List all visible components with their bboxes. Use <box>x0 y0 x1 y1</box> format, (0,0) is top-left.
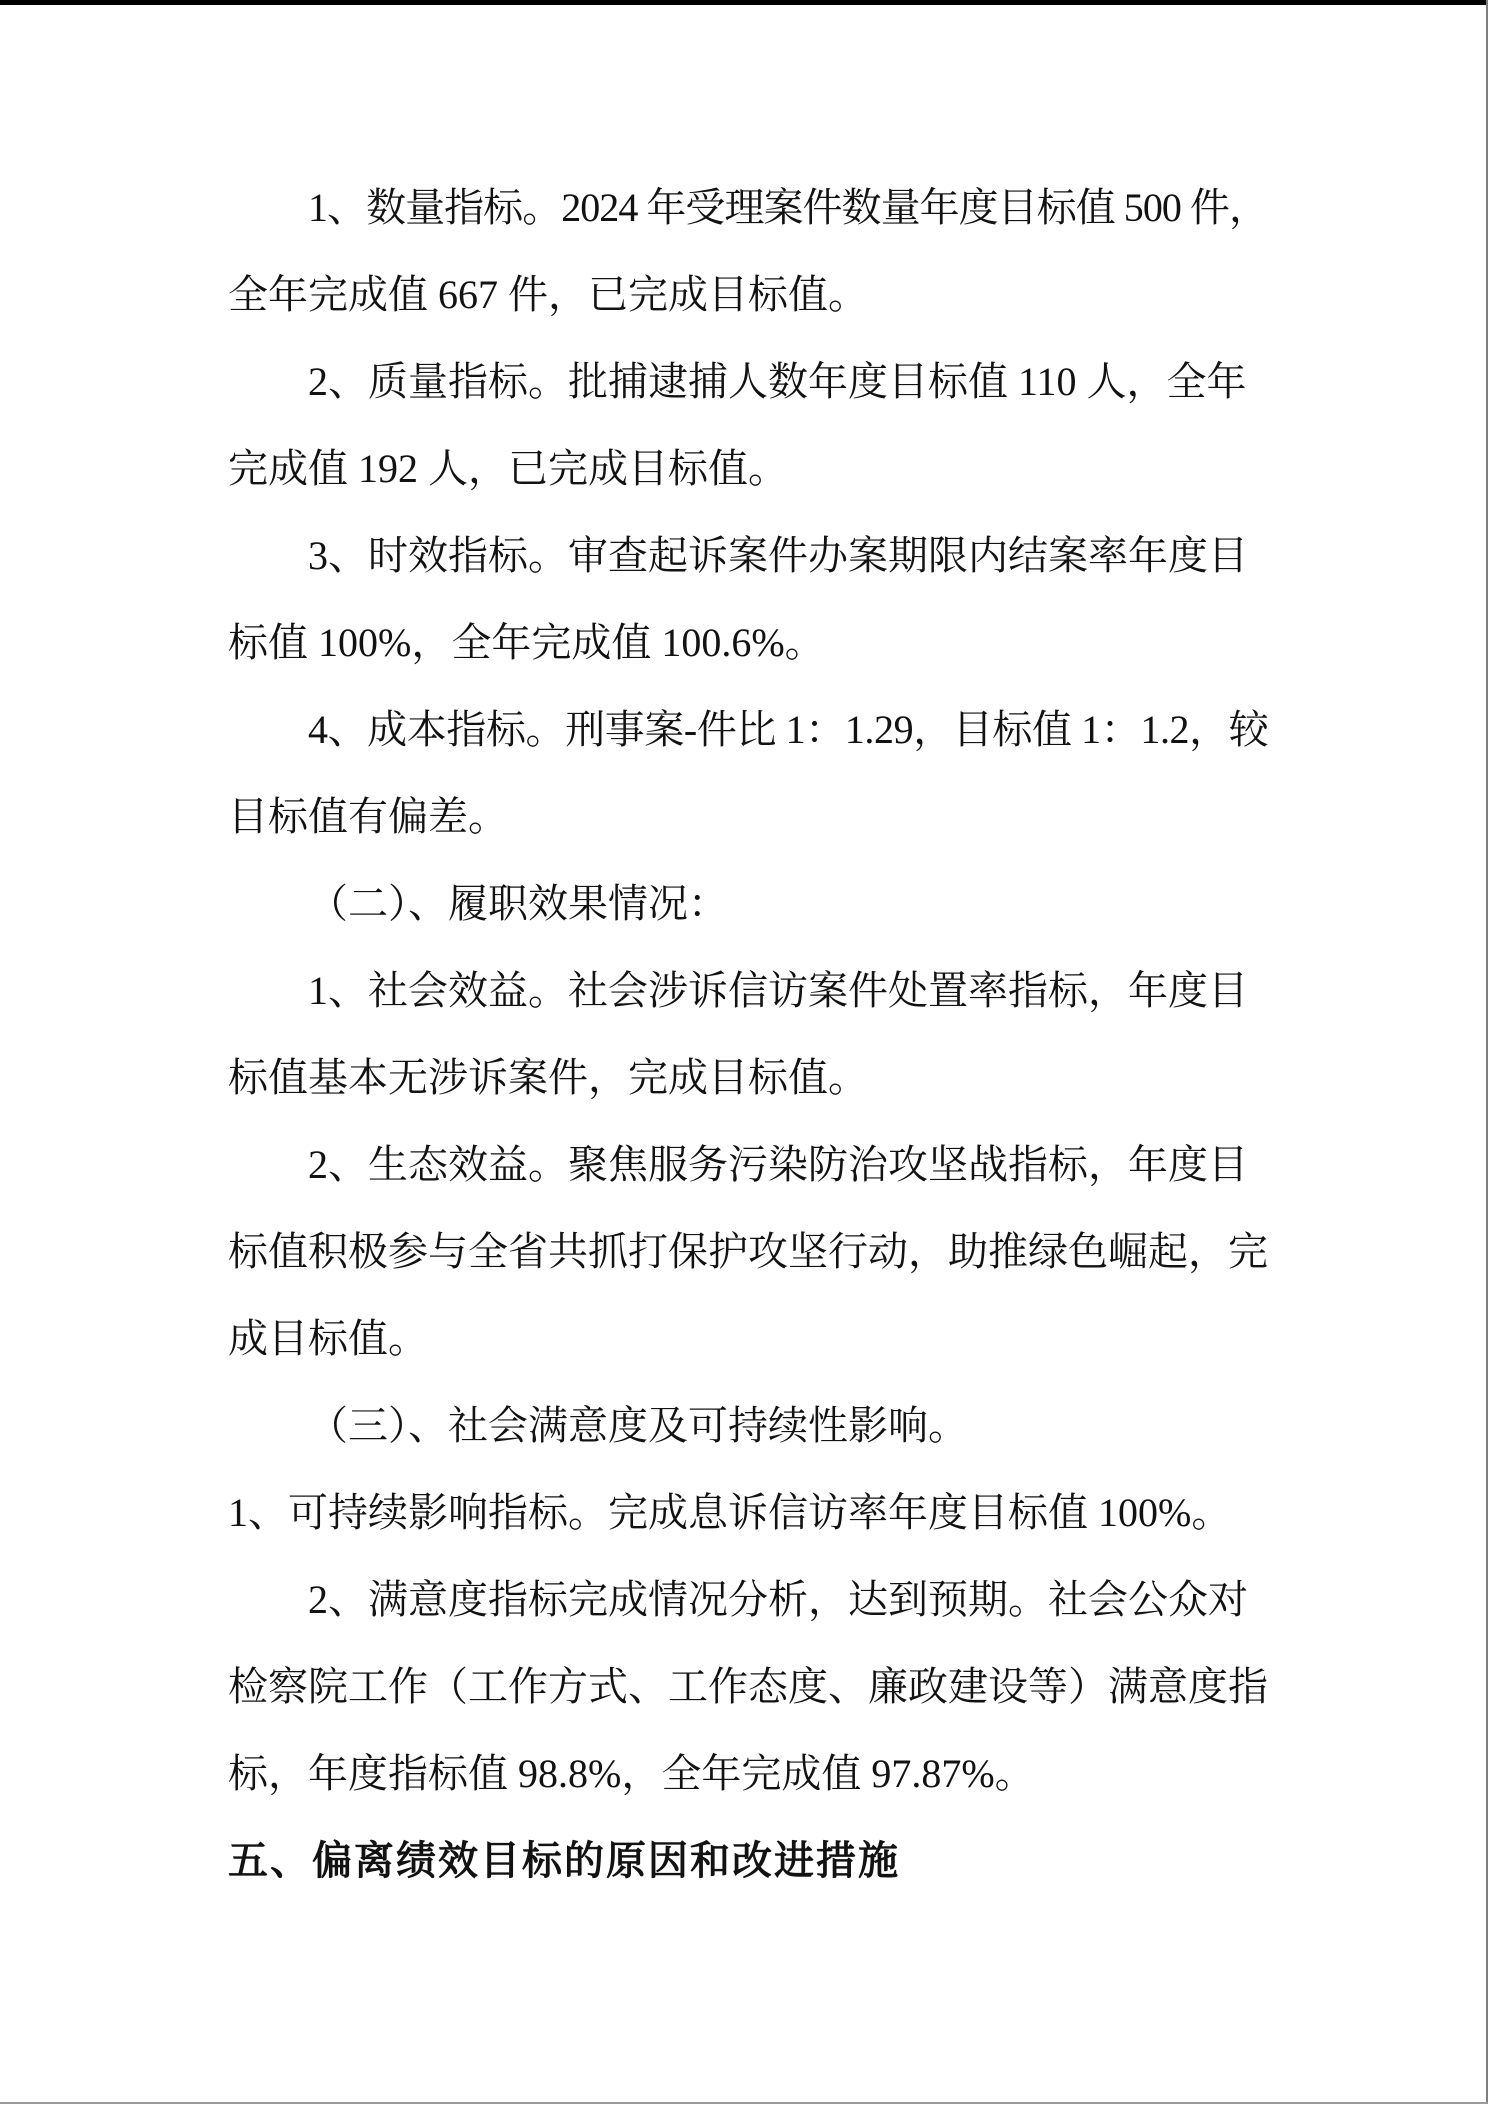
text-line: 4、成本指标。刑事案-件比 1：1.29，目标值 1：1.2，较 <box>228 686 1268 773</box>
paragraph: 4、成本指标。刑事案-件比 1：1.29，目标值 1：1.2，较目标值有偏差。 <box>228 686 1268 860</box>
text-line: 五、偏离绩效目标的原因和改进措施 <box>228 1817 1268 1904</box>
text-line: 1、社会效益。社会涉诉信访案件处置率指标，年度目 <box>228 947 1268 1034</box>
text-line: （二）、履职效果情况： <box>228 860 1268 947</box>
paragraph: 3、时效指标。审查起诉案件办案期限内结案率年度目标值 100%，全年完成值 10… <box>228 512 1268 686</box>
text-line: 1、数量指标。2024 年受理案件数量年度目标值 500 件， <box>228 164 1268 251</box>
paragraph: （三）、社会满意度及可持续性影响。 <box>228 1382 1268 1469</box>
text-line: 成目标值。 <box>228 1295 1268 1382</box>
paragraph: 1、可持续影响指标。完成息诉信访率年度目标值 100%。 <box>228 1469 1268 1556</box>
text-line: 标值基本无涉诉案件，完成目标值。 <box>228 1034 1268 1121</box>
paragraph: 2、质量指标。批捕逮捕人数年度目标值 110 人，全年完成值 192 人，已完成… <box>228 338 1268 512</box>
text-line: 标值 100%，全年完成值 100.6%。 <box>228 599 1268 686</box>
paragraph: 1、社会效益。社会涉诉信访案件处置率指标，年度目标值基本无涉诉案件，完成目标值。 <box>228 947 1268 1121</box>
document-body: 1、数量指标。2024 年受理案件数量年度目标值 500 件，全年完成值 667… <box>228 164 1268 1904</box>
text-line: （三）、社会满意度及可持续性影响。 <box>228 1382 1268 1469</box>
paragraph: （二）、履职效果情况： <box>228 860 1268 947</box>
paragraph: 2、生态效益。聚焦服务污染防治攻坚战指标，年度目标值积极参与全省共抓打保护攻坚行… <box>228 1121 1268 1382</box>
text-line: 2、质量指标。批捕逮捕人数年度目标值 110 人，全年 <box>228 338 1268 425</box>
text-line: 检察院工作（工作方式、工作态度、廉政建设等）满意度指 <box>228 1643 1268 1730</box>
text-line: 2、生态效益。聚焦服务污染防治攻坚战指标，年度目 <box>228 1121 1268 1208</box>
text-line: 标值积极参与全省共抓打保护攻坚行动，助推绿色崛起，完 <box>228 1208 1268 1295</box>
text-line: 目标值有偏差。 <box>228 773 1268 860</box>
text-line: 2、满意度指标完成情况分析，达到预期。社会公众对 <box>228 1556 1268 1643</box>
text-line: 全年完成值 667 件，已完成目标值。 <box>228 251 1268 338</box>
paragraph: 2、满意度指标完成情况分析，达到预期。社会公众对检察院工作（工作方式、工作态度、… <box>228 1556 1268 1817</box>
paragraph: 1、数量指标。2024 年受理案件数量年度目标值 500 件，全年完成值 667… <box>228 164 1268 338</box>
text-line: 3、时效指标。审查起诉案件办案期限内结案率年度目 <box>228 512 1268 599</box>
text-line: 1、可持续影响指标。完成息诉信访率年度目标值 100%。 <box>228 1469 1268 1556</box>
text-line: 完成值 192 人，已完成目标值。 <box>228 425 1268 512</box>
text-line: 标，年度指标值 98.8%，全年完成值 97.87%。 <box>228 1730 1268 1817</box>
scan-edge-top <box>0 0 1488 5</box>
section-heading: 五、偏离绩效目标的原因和改进措施 <box>228 1817 1268 1904</box>
document-page: 1、数量指标。2024 年受理案件数量年度目标值 500 件，全年完成值 667… <box>0 0 1488 2104</box>
